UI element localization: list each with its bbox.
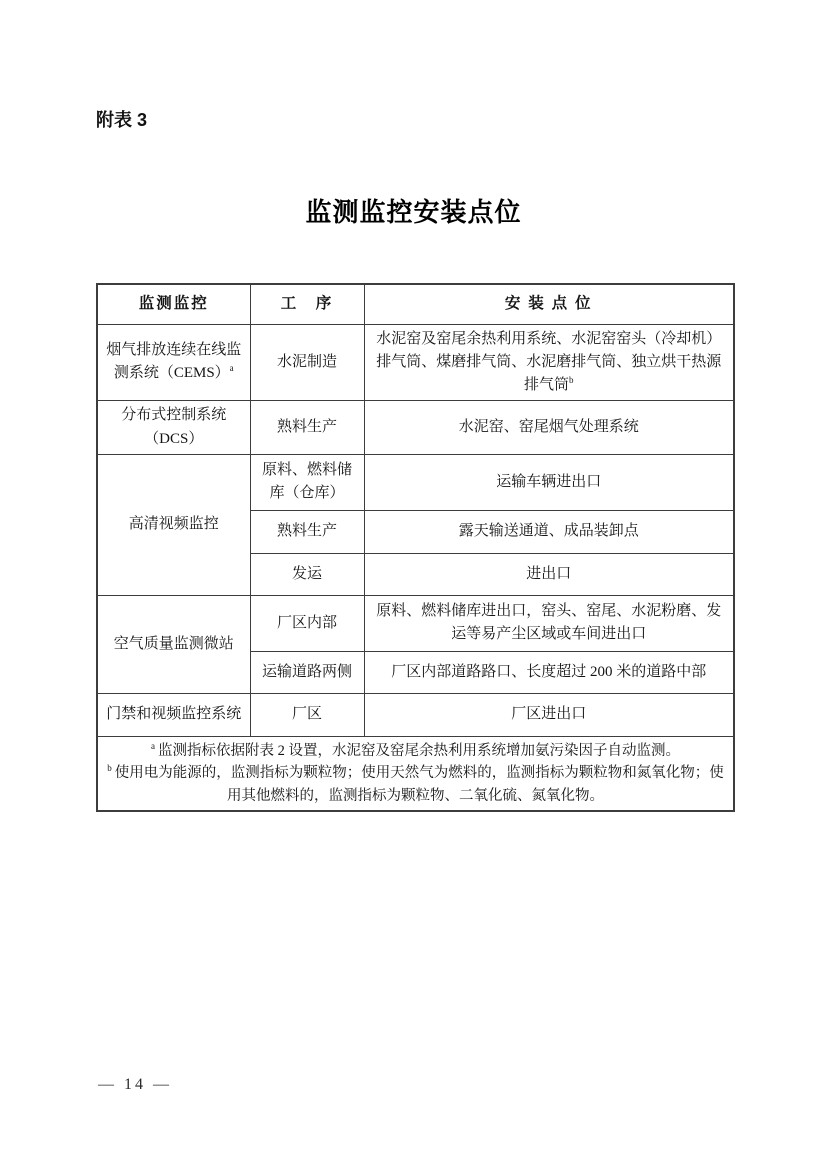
location-cell: 进出口 [364,553,734,595]
process-cell: 熟料生产 [250,401,364,455]
location-cell: 水泥窑、窑尾烟气处理系统 [364,401,734,455]
process-cell: 发运 [250,553,364,595]
process-cell: 厂区内部 [250,595,364,651]
footnote-row: a监测指标依据附表 2 设置，水泥窑及窑尾余热利用系统增加氨污染因子自动监测。 … [97,736,734,811]
page-number: — 14 — [98,1076,172,1094]
header-system: 监测监控 [97,284,250,324]
system-cell-access: 门禁和视频监控系统 [97,693,250,736]
footnote-a-text: 监测指标依据附表 2 设置，水泥窑及窑尾余热利用系统增加氨污染因子自动监测。 [158,743,680,759]
footnote-b-marker: b [107,763,112,773]
header-process: 工 序 [250,284,364,324]
table-row: 门禁和视频监控系统 厂区 厂区进出口 [97,693,734,736]
location-text: 水泥窑及窑尾余热利用系统、水泥窑窑头（冷却机）排气筒、煤磨排气筒、水泥磨排气筒、… [376,331,721,394]
system-cell-cems: 烟气排放连续在线监测系统（CEMS）a [97,324,250,401]
table-row: 高清视频监控 原料、燃料储库（仓库） 运输车辆进出口 [97,454,734,510]
process-cell: 运输道路两侧 [250,651,364,693]
process-cell: 水泥制造 [250,324,364,401]
process-cell: 厂区 [250,693,364,736]
system-cell-video: 高清视频监控 [97,454,250,595]
location-cell: 水泥窑及窑尾余热利用系统、水泥窑窑头（冷却机）排气筒、煤磨排气筒、水泥磨排气筒、… [364,324,734,401]
system-text: 烟气排放连续在线监测系统（CEMS） [106,342,241,381]
location-cell: 露天输送通道、成品装卸点 [364,510,734,553]
footnote-cell: a监测指标依据附表 2 设置，水泥窑及窑尾余热利用系统增加氨污染因子自动监测。 … [97,736,734,811]
page-title: 监测监控安装点位 [0,192,827,229]
process-cell: 原料、燃料储库（仓库） [250,454,364,510]
table-row: 烟气排放连续在线监测系统（CEMS）a 水泥制造 水泥窑及窑尾余热利用系统、水泥… [97,324,734,401]
location-cell: 厂区内部道路路口、长度超过 200 米的道路中部 [364,651,734,693]
superscript-a: a [230,363,234,373]
document-page: 附表 3 监测监控安装点位 监测监控 工 序 安 装 点 位 烟气排放连续在线监… [0,0,827,1164]
footnote-a: a监测指标依据附表 2 设置，水泥窑及窑尾余热利用系统增加氨污染因子自动监测。 [106,740,725,762]
header-location: 安 装 点 位 [364,284,734,324]
process-cell: 熟料生产 [250,510,364,553]
location-cell: 原料、燃料储库进出口，窑头、窑尾、水泥粉磨、发运等易产尘区域或车间进出口 [364,595,734,651]
footnote-b-text: 使用电为能源的，监测指标为颗粒物；使用天然气为燃料的，监测指标为颗粒物和氮氧化物… [115,765,724,803]
table-row: 空气质量监测微站 厂区内部 原料、燃料储库进出口，窑头、窑尾、水泥粉磨、发运等易… [97,595,734,651]
system-cell-airquality: 空气质量监测微站 [97,595,250,693]
location-cell: 运输车辆进出口 [364,454,734,510]
footnote-a-marker: a [151,741,155,751]
appendix-label: 附表 3 [96,106,147,132]
monitoring-points-table: 监测监控 工 序 安 装 点 位 烟气排放连续在线监测系统（CEMS）a 水泥制… [96,283,735,812]
table-row: 分布式控制系统（DCS） 熟料生产 水泥窑、窑尾烟气处理系统 [97,401,734,455]
system-cell-dcs: 分布式控制系统（DCS） [97,401,250,455]
table-header-row: 监测监控 工 序 安 装 点 位 [97,284,734,324]
location-cell: 厂区进出口 [364,693,734,736]
superscript-b: b [569,375,574,385]
footnote-b: b使用电为能源的，监测指标为颗粒物；使用天然气为燃料的，监测指标为颗粒物和氮氧化… [106,762,725,807]
